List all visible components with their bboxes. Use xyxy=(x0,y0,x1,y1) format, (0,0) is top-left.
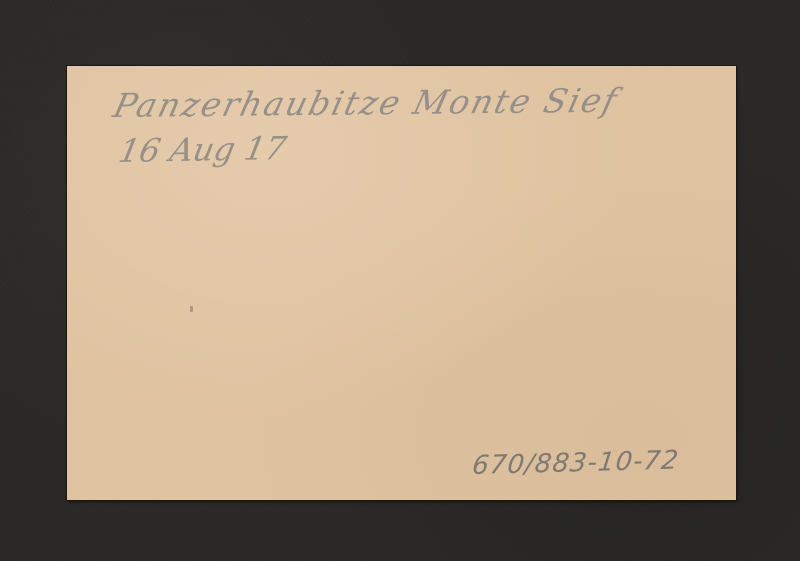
inscription-date: 16 Aug 17 xyxy=(116,129,290,170)
pencil-mark xyxy=(190,306,193,312)
inscription-title: Panzerhaubitze Monte Sief xyxy=(110,81,623,125)
archive-number: 670/883-10-72 xyxy=(471,446,681,481)
archival-card: Panzerhaubitze Monte Sief 16 Aug 17 670/… xyxy=(67,66,736,500)
